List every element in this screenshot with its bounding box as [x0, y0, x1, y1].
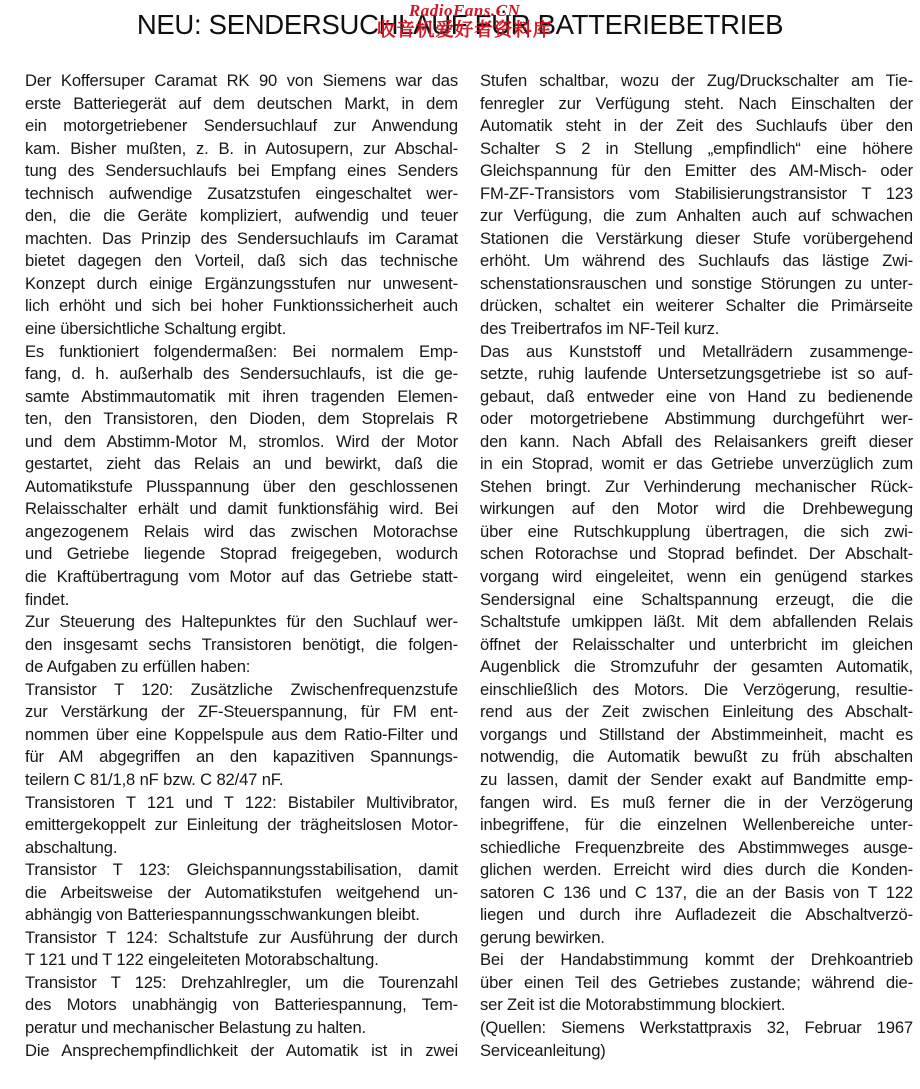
text-line: erste Batteriegerät auf dem deutschen Ma… — [25, 93, 458, 116]
text-line: Automatik steht in der Zeit des Suchlauf… — [480, 115, 913, 138]
text-line: Zur Steuerung des Haltepunktes für den S… — [25, 611, 458, 634]
text-line: lich erhöht und sich bei hoher Funktions… — [25, 295, 458, 318]
text-line: kam. Bisher mußten, z. B. in Autosupern,… — [25, 138, 458, 161]
text-line: Stationen die Verstärkung dieser Stufe v… — [480, 228, 913, 251]
text-line: abhängig von Batteriespannungsschwankung… — [25, 904, 458, 927]
text-line: zur Verfügung, die zum Anhalten auch auf… — [480, 205, 913, 228]
text-line: vorgangs und Stillstand der Abstimmeinhe… — [480, 724, 913, 747]
text-line: eine übersichtliche Schaltung ergibt. — [25, 318, 458, 341]
text-line: Konzept durch einige Ergänzungsstufen nu… — [25, 273, 458, 296]
text-line: wirkungen auf den Motor wird die Drehbew… — [480, 498, 913, 521]
text-line: schiedliche Frequenzbreite des Abstimmwe… — [480, 837, 913, 860]
text-line: oder motorgetriebene Abstimmung durchgef… — [480, 408, 913, 431]
text-line: Augenblick die Stromzufuhr der gesamten … — [480, 656, 913, 679]
text-line: Stehen bringt. Zur Verhinderung mechanis… — [480, 476, 913, 499]
text-line: glichen werden. Erreicht wird dies durch… — [480, 859, 913, 882]
text-line: peratur und mechanischer Belastung zu ha… — [25, 1017, 458, 1040]
text-line: Schaltstufe umkippen läßt. Mit dem abfal… — [480, 611, 913, 634]
text-line: in ein Stoprad, womit er das Getriebe un… — [480, 453, 913, 476]
text-line: Transistor T 123: Gleichspannungsstabili… — [25, 859, 458, 882]
text-line: Sendersignal eine Schaltspannung erzeugt… — [480, 589, 913, 612]
text-line: schen Rotorachse und Stoprad befindet. D… — [480, 543, 913, 566]
text-line: ser Zeit ist die Motorabstimmung blockie… — [480, 994, 913, 1017]
text-line: und Getriebe liegende Stoprad freigegebe… — [25, 543, 458, 566]
text-line: ein motorgetriebener Sendersuchlauf zur … — [25, 115, 458, 138]
text-line: fangen wird. Es muß ferner die in der Ve… — [480, 792, 913, 815]
text-line: teilern C 81/1,8 nF bzw. C 82/47 nF. — [25, 769, 458, 792]
text-line: vorgang wird eingeleitet, wenn ein genüg… — [480, 566, 913, 589]
text-line: bietet dagegen den Vorteil, daß sich das… — [25, 250, 458, 273]
text-line: samte Abstimmautomatik mit ihren tragend… — [25, 386, 458, 409]
text-line: fang, d. h. außerhalb des Sendersuchlauf… — [25, 363, 458, 386]
text-line: findet. — [25, 589, 458, 612]
text-line: gerung bewirken. — [480, 927, 913, 950]
text-line: technisch aufwendige Zusatzstufen einges… — [25, 183, 458, 206]
text-line: Das aus Kunststoff und Metallrädern zusa… — [480, 341, 913, 364]
text-line: liegen und durch ihre Aufladezeit die Ab… — [480, 904, 913, 927]
text-line: und dem Abstimm-Motor M, stromlos. Wird … — [25, 431, 458, 454]
text-line: Die Ansprechempfindlichkeit der Automati… — [25, 1040, 458, 1063]
text-line: die Kraftübertragung vom Motor auf das G… — [25, 566, 458, 589]
text-line: Serviceanleitung) — [480, 1040, 913, 1063]
text-line: machten. Das Prinzip des Sendersuchlaufs… — [25, 228, 458, 251]
article-body: Der Koffersuper Caramat RK 90 von Siemen… — [0, 62, 920, 1062]
text-line: öffnet der Relaisschalter und unterbrich… — [480, 634, 913, 657]
text-line: einschließlich des Motors. Die Verzögeru… — [480, 679, 913, 702]
text-line: zur Verstärkung der ZF-Steuerspannung, f… — [25, 701, 458, 724]
text-line: nommen über eine Koppelspule aus dem Rat… — [25, 724, 458, 747]
masthead: NEU: SENDERSUCHLAUF FÜR BATTERIEBETRIEB … — [0, 0, 920, 62]
text-line: zu lassen, damit der Sender exakt auf Ba… — [480, 769, 913, 792]
article-column-left: Der Koffersuper Caramat RK 90 von Siemen… — [25, 70, 458, 1062]
text-line: über eine Rutschkupplung übertragen, die… — [480, 521, 913, 544]
text-line: gebaut, daß entweder eine von Hand zu be… — [480, 386, 913, 409]
text-line: T 121 und T 122 eingeleiteten Motorabsch… — [25, 949, 458, 972]
text-line: den kann. Nach Abfall des Relaisankers g… — [480, 431, 913, 454]
text-line: Transistor T 120: Zusätzliche Zwischenfr… — [25, 679, 458, 702]
text-line: angezogenem Relais wird das zwischen Mot… — [25, 521, 458, 544]
text-line: Stufen schaltbar, wozu der Zug/Druckscha… — [480, 70, 913, 93]
text-line: abschaltung. — [25, 837, 458, 860]
text-line: Transistor T 124: Schaltstufe zur Ausfüh… — [25, 927, 458, 950]
text-line: FM-ZF-Transistors vom Stabilisierungstra… — [480, 183, 913, 206]
text-line: rend aus der Zeit zwischen Einleitung de… — [480, 701, 913, 724]
text-line: Schalter S 2 in Stellung „empfindlich“ e… — [480, 138, 913, 161]
text-line: emittergekoppelt zur Einleitung der träg… — [25, 814, 458, 837]
page-title: NEU: SENDERSUCHLAUF FÜR BATTERIEBETRIEB — [0, 0, 920, 41]
text-line: Automatikstufe Plusspannung über den ges… — [25, 476, 458, 499]
text-line: setzte, ruhig laufende Untersetzungsgetr… — [480, 363, 913, 386]
text-line: Transistoren T 121 und T 122: Bistabiler… — [25, 792, 458, 815]
text-line: fenregler zur Verfügung steht. Nach Eins… — [480, 93, 913, 116]
text-line: über einen Teil des Getriebes zustande; … — [480, 972, 913, 995]
text-line: den, die die Geräte kompliziert, aufwend… — [25, 205, 458, 228]
text-line: (Quellen: Siemens Werkstattpraxis 32, Fe… — [480, 1017, 913, 1040]
text-line: ten, den Transistoren, den Dioden, dem S… — [25, 408, 458, 431]
text-line: de Aufgaben zu erfüllen haben: — [25, 656, 458, 679]
text-line: Bei der Handabstimmung kommt der Drehkoa… — [480, 949, 913, 972]
text-line: des Treibertrafos im NF-Teil kurz. — [480, 318, 913, 341]
text-line: Gleichspannung für den Emitter des AM-Mi… — [480, 160, 913, 183]
text-line: Es funktioniert folgendermaßen: Bei norm… — [25, 341, 458, 364]
text-line: des Motors unabhängig von Batteriespannu… — [25, 994, 458, 1017]
text-line: für AM abgegriffen an den kapazitiven Sp… — [25, 746, 458, 769]
text-line: notwendig, die Automatik bewußt zu früh … — [480, 746, 913, 769]
text-line: drücken, schaltet ein weiterer Schalter … — [480, 295, 913, 318]
text-line: inbegriffene, für die einzelnen Wellenbe… — [480, 814, 913, 837]
text-line: erhöht. Um während des Suchlaufs das läs… — [480, 250, 913, 273]
text-line: schenstationsrauschen und sonstige Störu… — [480, 273, 913, 296]
text-line: Transistor T 125: Drehzahlregler, um die… — [25, 972, 458, 995]
text-line: tung des Sendersuchlaufs bei Empfang ein… — [25, 160, 458, 183]
text-line: die Arbeitsweise der Automatikstufen wei… — [25, 882, 458, 905]
article-column-right: Stufen schaltbar, wozu der Zug/Druckscha… — [480, 70, 913, 1062]
text-line: den insgesamt sechs Transistoren benötig… — [25, 634, 458, 657]
text-line: Der Koffersuper Caramat RK 90 von Siemen… — [25, 70, 458, 93]
text-line: satoren C 136 und C 137, die an der Basi… — [480, 882, 913, 905]
text-line: gestartet, zieht das Relais an und bewir… — [25, 453, 458, 476]
text-line: Relaisschalter erhält und damit funktion… — [25, 498, 458, 521]
